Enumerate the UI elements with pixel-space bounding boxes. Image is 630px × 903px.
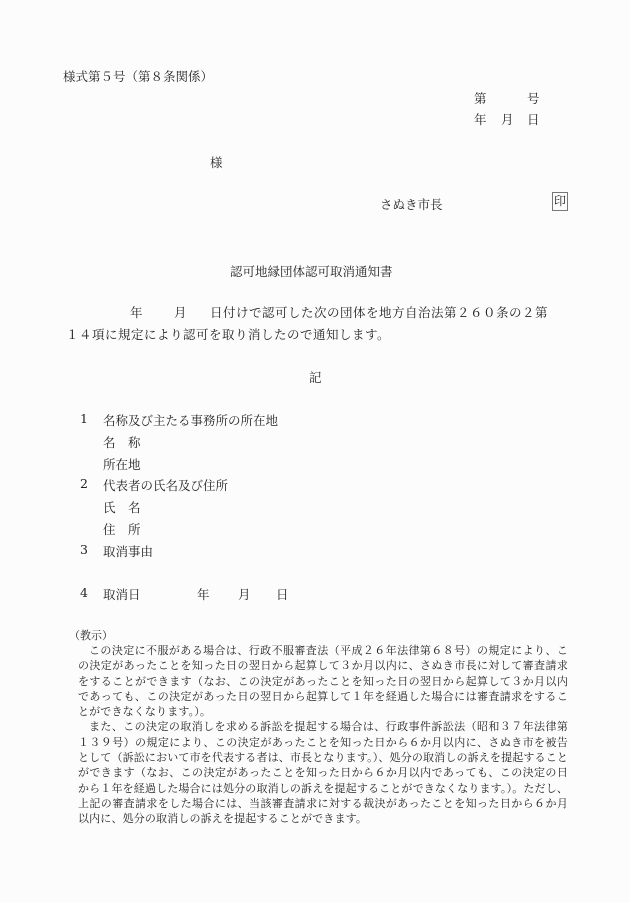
instruction-paragraph-lawsuit: また、この決定の取消しを求める訴訟を提起する場合は、行政事件訴訟法（昭和３７年法… [78,719,568,826]
instruction-heading: （教示） [69,627,113,643]
date-day-label: 日 [527,110,540,128]
item-number: 2 [80,476,88,491]
sender-name: さぬき市長 [380,195,443,213]
seal-mark: 印 [552,192,568,211]
date-year-label: 年 [474,110,487,128]
item-label: 名称及び主たる事務所の所在地 [103,411,278,429]
instruction-paragraph-appeal: この決定に不服がある場合は、行政不服審査法（平成２６年法律第６８号）の規定により… [78,643,568,719]
item-sublabel: 氏 名 [103,498,141,516]
item-label: 取消事由 [103,542,153,560]
doc-number-prefix: 第 [474,89,487,107]
date-month-label: 月 [501,110,514,128]
cancel-month-label: 月 [238,585,251,603]
cancel-day-label: 日 [276,585,289,603]
item-label: 取消日 [103,585,141,603]
item-sublabel: 名 称 [103,433,141,451]
ki-heading: 記 [309,368,322,386]
item-number: 1 [80,411,88,426]
document-title: 認可地縁団体認可取消通知書 [230,262,393,280]
body-year: 年 [130,303,143,321]
addressee-honorific: 様 [210,153,223,171]
body-line-2: １４項に規定により認可を取り消したので通知します。 [66,325,390,343]
cancel-year-label: 年 [197,585,210,603]
body-line-1: 日付けで認可した次の団体を地方自治法第２６０条の２第 [210,303,548,321]
body-month: 月 [174,303,187,321]
item-sublabel: 所在地 [103,455,141,473]
item-number: 4 [80,585,88,600]
item-sublabel: 住 所 [103,520,141,538]
item-label: 代表者の氏名及び住所 [103,476,228,494]
form-number: 様式第５号（第８条関係） [63,67,213,85]
instruction-block: この決定に不服がある場合は、行政不服審査法（平成２６年法律第６８号）の規定により… [78,643,568,827]
doc-number-suffix: 号 [527,89,540,107]
item-number: 3 [80,542,88,557]
